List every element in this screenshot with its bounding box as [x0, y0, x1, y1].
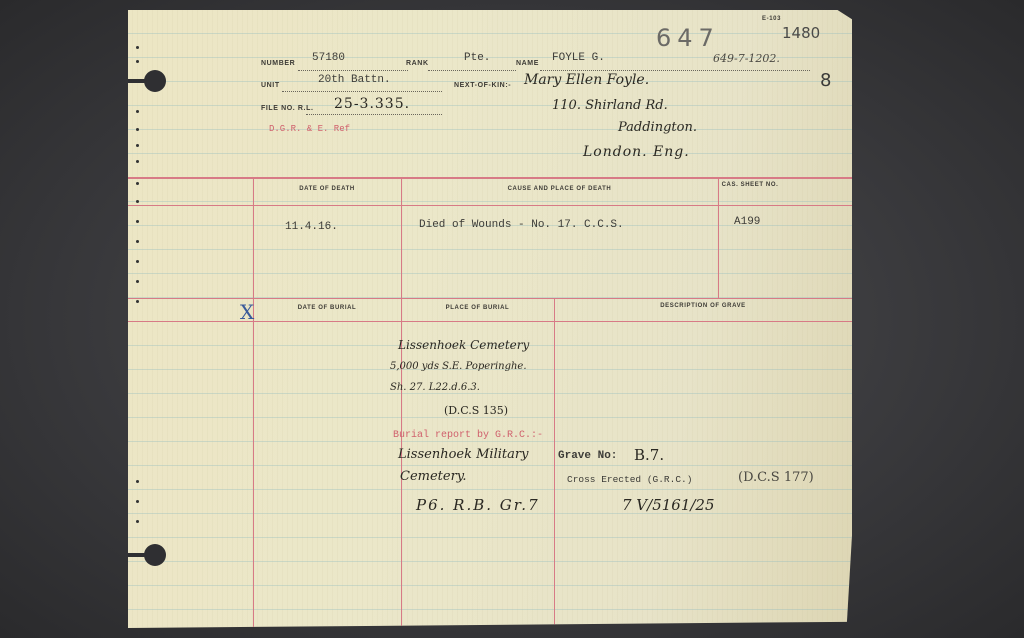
place-of-burial-line-4: (D.C.S 135)	[444, 404, 508, 417]
cause-place-value: Died of Wounds - No. 17. C.C.S.	[419, 219, 624, 231]
cas-sheet-no-value: A199	[734, 216, 760, 228]
col-cause-place-of-death: Cause and Place of Death	[401, 186, 718, 192]
rank-label: Rank	[406, 60, 429, 67]
grave-no-value: B.7.	[634, 446, 664, 464]
number-label: Number	[261, 60, 295, 67]
binder-hole-bottom	[144, 544, 166, 566]
burial-report-line-1: Lissenhoek Military	[398, 447, 528, 462]
perforation	[136, 260, 139, 263]
cross-mark: X	[240, 300, 254, 324]
burial-report-line-3: P6. R.B. Gr.7	[416, 496, 540, 514]
place-of-burial-line-1: Lissenhoek Cemetery	[398, 338, 529, 352]
burial-top-rule	[128, 298, 852, 299]
perforation	[136, 110, 139, 113]
cross-ref: 7 V/5161/25	[622, 496, 715, 514]
name-line	[540, 70, 810, 71]
col-place-of-burial: Place of Burial	[401, 305, 554, 311]
name-value: FOYLE G.	[552, 52, 605, 64]
perforation	[136, 240, 139, 243]
date-of-death-value: 11.4.16.	[285, 221, 338, 233]
file-no-label: File No. R.L.	[261, 105, 314, 112]
next-of-kin-line-2: 110. Shirland Rd.	[552, 98, 668, 113]
number-value: 57180	[312, 52, 345, 64]
dcs-note: (D.C.S 177)	[738, 470, 814, 485]
perforation	[136, 182, 139, 185]
col-cas-sheet-no: Cas. Sheet No.	[718, 182, 782, 188]
rank-line	[428, 70, 516, 71]
file-no-value: 25-3.335.	[334, 96, 410, 112]
burial-report-line-2: Cemetery.	[400, 469, 467, 484]
col-divider-2	[401, 178, 402, 628]
grave-no-label: Grave No:	[558, 450, 617, 462]
perforation	[136, 520, 139, 523]
next-of-kin-line-3: Paddington.	[618, 120, 697, 135]
reference-number: 649-7-1202.	[713, 52, 780, 65]
top-right-number: 1480	[782, 24, 820, 42]
form-code: E-103	[762, 16, 781, 22]
perforation	[136, 46, 139, 49]
number-line	[298, 70, 408, 71]
name-label: Name	[516, 60, 539, 67]
perforation	[136, 60, 139, 63]
unit-line	[282, 91, 442, 92]
rank-value: Pte.	[464, 52, 490, 64]
next-of-kin-line-4: London. Eng.	[583, 144, 690, 160]
unit-value: 20th Battn.	[318, 74, 391, 86]
col-divider-3	[718, 178, 719, 298]
place-of-burial-line-3: Sh. 27. L22.d.6.3.	[390, 382, 480, 393]
perforation	[136, 220, 139, 223]
unit-label: Unit	[261, 82, 280, 89]
cross-erected-label: Cross Erected (G.R.C.)	[567, 474, 692, 485]
burial-header-rule	[128, 321, 852, 322]
perforation	[136, 200, 139, 203]
col-description-of-grave: Description of Grave	[554, 303, 852, 309]
table-top-rule	[128, 177, 852, 179]
perforation	[136, 480, 139, 483]
perforation	[136, 160, 139, 163]
perforation	[136, 280, 139, 283]
col-date-of-burial: Date of Burial	[253, 305, 401, 311]
perforation	[136, 300, 139, 303]
col-divider-burial	[554, 299, 555, 628]
grave-registration-card: E-103 647 1480 8 649-7-1202. Number 5718…	[128, 10, 852, 628]
perforation	[136, 144, 139, 147]
perforation	[136, 500, 139, 503]
next-of-kin-label: Next-of-Kin:-	[454, 82, 511, 89]
col-divider-1	[253, 178, 254, 628]
file-no-line	[306, 114, 442, 115]
dgre-ref-label: D.G.R. & E. Ref	[269, 124, 350, 134]
right-digit: 8	[820, 70, 831, 91]
place-of-burial-line-2: 5,000 yds S.E. Poperinghe.	[390, 361, 527, 372]
pencil-number: 647	[656, 24, 720, 52]
death-header-rule	[128, 205, 852, 206]
col-date-of-death: Date of Death	[253, 186, 401, 192]
perforation	[136, 128, 139, 131]
next-of-kin-line-1: Mary Ellen Foyle.	[524, 72, 649, 88]
burial-report-label: Burial report by G.R.C.:-	[393, 430, 543, 441]
binder-hole-top	[144, 70, 166, 92]
